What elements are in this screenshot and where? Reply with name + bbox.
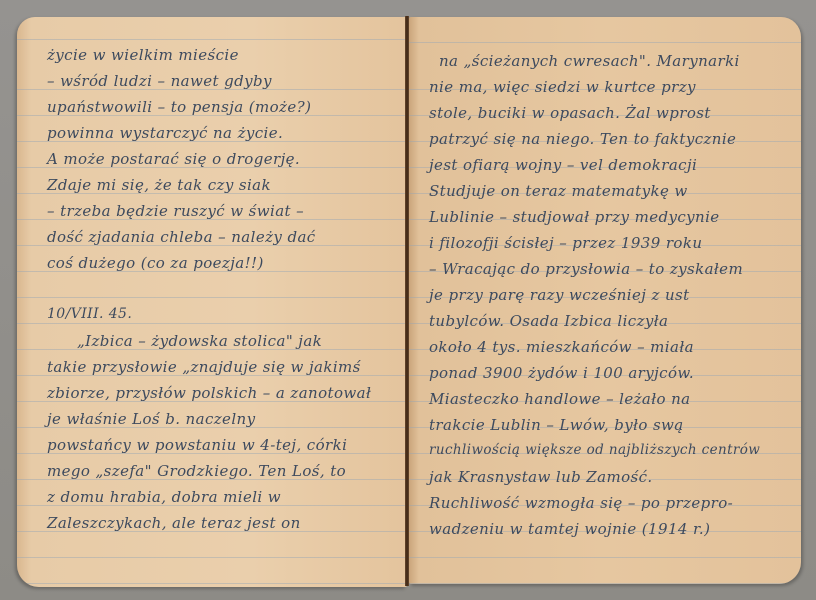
handwritten-line: jest ofiarą wojny – vel demokracji <box>429 156 697 174</box>
handwritten-line: je przy parę razy wcześniej z ust <box>429 286 690 304</box>
handwritten-line: takie przysłowie „znajduje się w jakimś <box>47 358 361 376</box>
handwritten-line: i filozofji ścisłej – przez 1939 roku <box>429 234 702 252</box>
handwritten-line: powinna wystarczyć na życie. <box>47 124 283 142</box>
left-page: życie w wielkim mieście – wśród ludzi – … <box>17 17 407 587</box>
handwritten-line: dość zjadania chleba – należy dać <box>47 228 316 246</box>
handwritten-line: je właśnie Loś b. naczelny <box>47 410 255 428</box>
handwritten-line: z domu hrabia, dobra mieli w <box>47 488 281 506</box>
handwritten-line: „Izbica – żydowska stolica" jak <box>77 332 322 350</box>
handwritten-line: wadzeniu w tamtej wojnie (1914 r.) <box>429 520 710 538</box>
handwritten-line: tubylców. Osada Izbica liczyła <box>429 312 668 330</box>
handwritten-line: A może postarać się o drogerję. <box>47 150 300 168</box>
handwritten-line: – trzeba będzie ruszyć w świat – <box>47 202 304 220</box>
handwritten-line: zbiorze, przysłów polskich – a zanotował <box>47 384 371 402</box>
handwritten-line: Zdaje mi się, że tak czy siak <box>47 176 271 194</box>
handwritten-line: powstańcy w powstaniu w 4-tej, córki <box>47 436 347 454</box>
handwritten-line: stole, buciki w opasach. Żal wprost <box>429 104 711 122</box>
handwritten-line: patrzyć się na niego. Ten to faktycznie <box>429 130 736 148</box>
handwritten-line: Zaleszczykach, ale teraz jest on <box>47 514 301 532</box>
handwritten-line: Miasteczko handlowe – leżało na <box>429 390 691 408</box>
handwritten-line: około 4 tys. mieszkańców – miała <box>429 338 694 356</box>
handwritten-line: Ruchliwość wzmogła się – po przepro- <box>429 494 733 512</box>
handwritten-line: ruchliwością większe od najbliższych cen… <box>429 442 760 458</box>
handwritten-line: nie ma, więc siedzi w kurtce przy <box>429 78 696 96</box>
right-page: na „ścieżanych cwresach". Marynarki nie … <box>409 17 801 584</box>
handwritten-line: jak Krasnystaw lub Zamość. <box>429 468 653 486</box>
handwritten-line: Studjuje on teraz matematykę w <box>429 182 688 200</box>
handwritten-line: trakcie Lublin – Lwów, było swą <box>429 416 684 434</box>
handwritten-line: upaństwowili – to pensja (może?) <box>47 98 311 116</box>
handwritten-line: ponad 3900 żydów i 100 aryjców. <box>429 364 694 382</box>
entry-date: 10/VIII. 45. <box>47 306 132 322</box>
handwritten-line: – Wracając do przysłowia – to zyskałem <box>429 260 743 278</box>
handwritten-line: Lublinie – studjował przy medycynie <box>429 208 720 226</box>
handwritten-line: życie w wielkim mieście <box>47 46 239 64</box>
handwritten-line: mego „szefa" Grodzkiego. Ten Loś, to <box>47 462 346 480</box>
handwritten-line: – wśród ludzi – nawet gdyby <box>47 72 272 90</box>
handwritten-line: coś dużego (co za poezja!!) <box>47 254 264 272</box>
handwritten-line: na „ścieżanych cwresach". Marynarki <box>439 52 740 70</box>
